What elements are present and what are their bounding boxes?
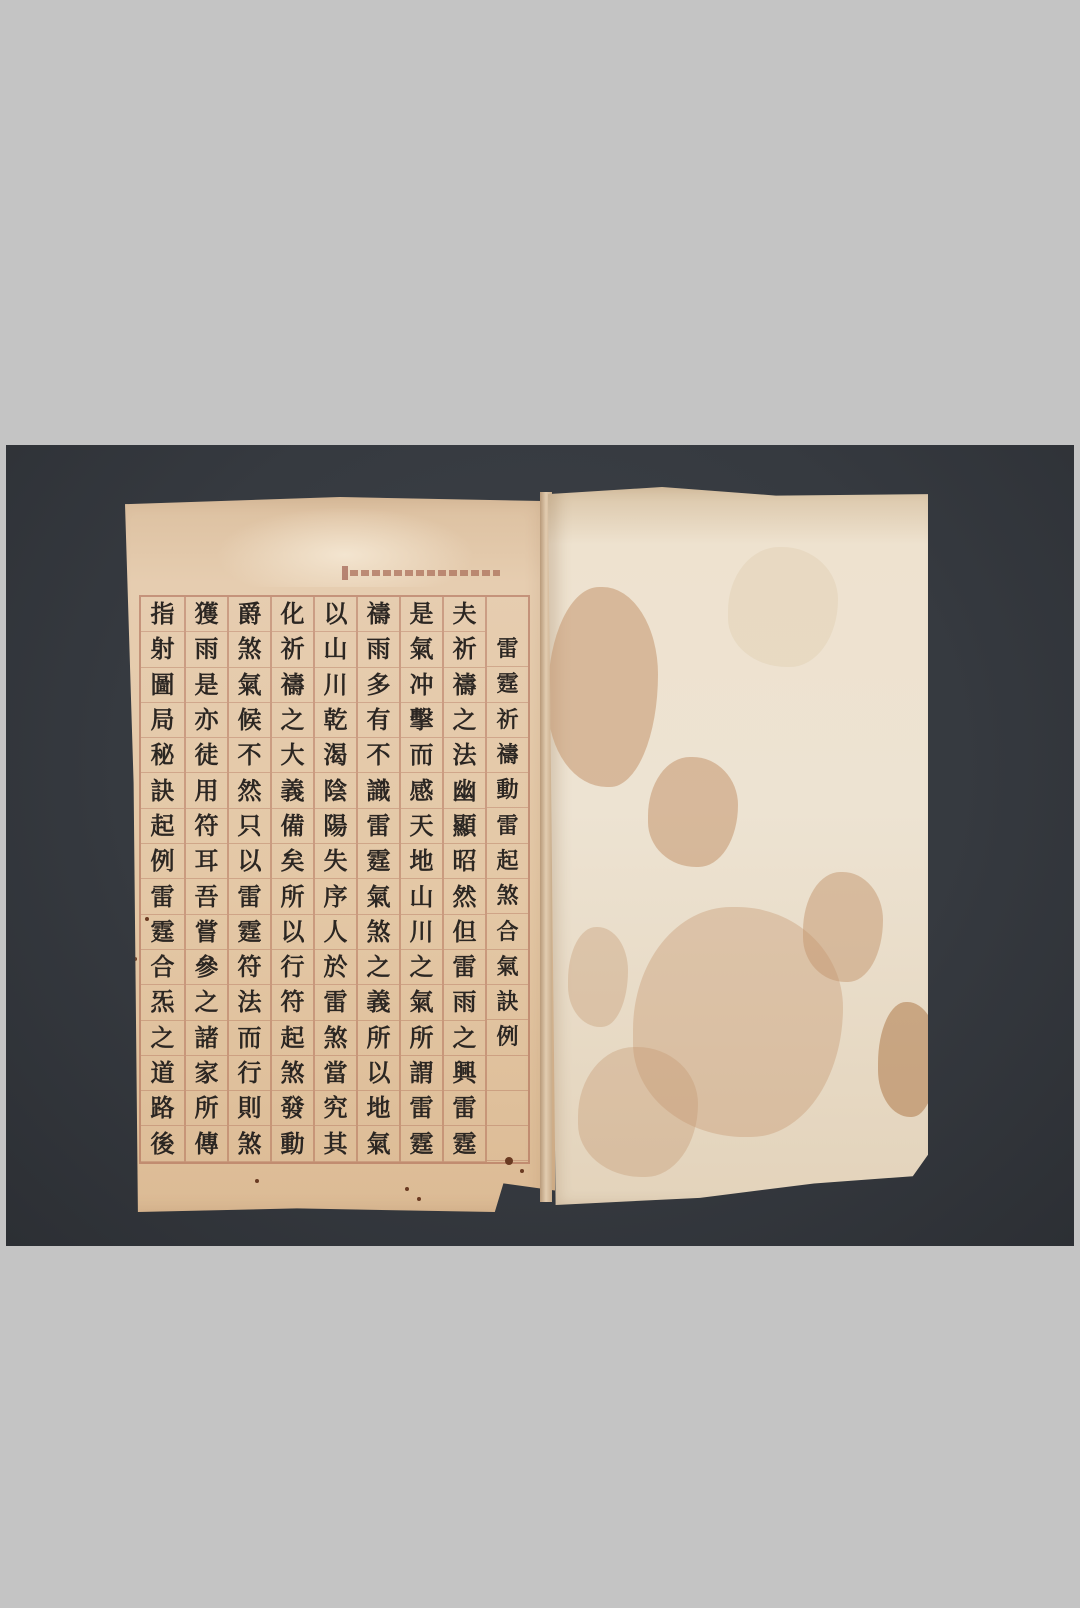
character-cell: 動 [487, 773, 528, 808]
character-cell: 雨 [186, 632, 227, 667]
character-cell: 興 [444, 1056, 485, 1091]
character-cell: 之 [444, 703, 485, 738]
character-cell: 禱 [358, 597, 399, 632]
character-cell: 夫 [444, 597, 485, 632]
water-stain [648, 757, 738, 867]
character-cell: 煞 [229, 1126, 270, 1161]
character-cell: 之 [444, 1021, 485, 1056]
character-cell: 渴 [315, 738, 356, 773]
text-grid: 雷霆祈禱動雷起煞合氣訣例夫祈禱之法幽顯昭然但雷雨之興雷霆是氣冲擊而感天地山川之氣… [139, 595, 530, 1164]
character-cell: 合 [487, 914, 528, 949]
character-cell: 義 [272, 773, 313, 808]
character-cell: 嘗 [186, 915, 227, 950]
character-cell: 乾 [315, 703, 356, 738]
character-cell: 矣 [272, 844, 313, 879]
character-cell: 失 [315, 844, 356, 879]
character-cell: 法 [444, 738, 485, 773]
character-cell: 不 [358, 738, 399, 773]
character-cell: 用 [186, 773, 227, 808]
text-column: 夫祈禱之法幽顯昭然但雷雨之興雷霆 [442, 597, 485, 1162]
character-cell: 禱 [272, 668, 313, 703]
character-cell: 不 [229, 738, 270, 773]
character-cell: 符 [229, 950, 270, 985]
character-cell: 其 [315, 1126, 356, 1161]
character-cell: 路 [141, 1091, 184, 1126]
manuscript-right-page [548, 487, 928, 1205]
character-cell: 起 [487, 844, 528, 879]
text-column: 以山川乾渴陰陽失序人於雷煞當究其 [313, 597, 356, 1162]
character-cell: 地 [358, 1091, 399, 1126]
character-cell: 感 [401, 773, 442, 808]
character-cell: 雷 [358, 809, 399, 844]
water-stain [728, 547, 838, 667]
character-cell: 序 [315, 879, 356, 914]
character-cell: 川 [315, 668, 356, 703]
character-cell: 雨 [444, 985, 485, 1020]
character-cell: 家 [186, 1056, 227, 1091]
character-cell: 雷 [444, 1091, 485, 1126]
character-cell: 氣 [487, 950, 528, 985]
character-cell: 雷 [401, 1091, 442, 1126]
character-cell: 霆 [229, 915, 270, 950]
text-column: 是氣冲擊而感天地山川之氣所謂雷霆 [399, 597, 442, 1162]
character-cell: 之 [358, 950, 399, 985]
character-cell: 耳 [186, 844, 227, 879]
character-cell: 而 [401, 738, 442, 773]
character-cell: 祈 [444, 632, 485, 667]
character-cell: 徒 [186, 738, 227, 773]
character-cell: 符 [186, 809, 227, 844]
character-cell: 訣 [141, 773, 184, 808]
character-cell: 有 [358, 703, 399, 738]
character-cell: 然 [229, 773, 270, 808]
character-cell: 山 [401, 879, 442, 914]
character-cell: 煞 [229, 632, 270, 667]
character-cell: 雷 [315, 985, 356, 1020]
character-cell: 吾 [186, 879, 227, 914]
character-cell: 所 [272, 879, 313, 914]
character-cell: 霆 [358, 844, 399, 879]
character-cell: 雨 [358, 632, 399, 667]
character-cell: 是 [401, 597, 442, 632]
character-cell: 禱 [487, 738, 528, 773]
character-cell: 冲 [401, 668, 442, 703]
character-cell: 但 [444, 915, 485, 950]
character-cell: 雷 [487, 808, 528, 843]
character-cell: 只 [229, 809, 270, 844]
character-cell: 於 [315, 950, 356, 985]
character-cell: 當 [315, 1056, 356, 1091]
character-cell: 亦 [186, 703, 227, 738]
character-cell: 雷 [141, 879, 184, 914]
character-cell: 合 [141, 950, 184, 985]
character-cell: 以 [272, 915, 313, 950]
character-cell: 山 [315, 632, 356, 667]
character-cell: 煞 [315, 1021, 356, 1056]
character-cell [487, 1091, 528, 1126]
character-cell: 以 [358, 1056, 399, 1091]
character-cell: 然 [444, 879, 485, 914]
character-cell: 之 [272, 703, 313, 738]
character-cell: 幽 [444, 773, 485, 808]
character-cell: 祈 [272, 632, 313, 667]
character-cell: 多 [358, 668, 399, 703]
character-cell: 氣 [358, 1126, 399, 1161]
character-cell: 雷 [487, 632, 528, 667]
character-cell: 雷 [444, 950, 485, 985]
character-cell: 擊 [401, 703, 442, 738]
character-cell: 霆 [401, 1126, 442, 1161]
character-cell: 謂 [401, 1056, 442, 1091]
character-cell: 參 [186, 950, 227, 985]
character-cell: 所 [186, 1091, 227, 1126]
character-cell: 所 [358, 1021, 399, 1056]
character-cell: 氣 [401, 632, 442, 667]
character-cell: 秘 [141, 738, 184, 773]
character-cell: 陰 [315, 773, 356, 808]
character-cell: 則 [229, 1091, 270, 1126]
character-cell: 氣 [358, 879, 399, 914]
character-cell: 究 [315, 1091, 356, 1126]
character-cell: 義 [358, 985, 399, 1020]
character-cell: 符 [272, 985, 313, 1020]
character-cell: 地 [401, 844, 442, 879]
character-cell: 大 [272, 738, 313, 773]
character-cell: 人 [315, 915, 356, 950]
character-cell: 昭 [444, 844, 485, 879]
character-cell: 圖 [141, 668, 184, 703]
header-red-mark [350, 570, 500, 576]
character-cell [487, 1056, 528, 1091]
title-column: 雷霆祈禱動雷起煞合氣訣例 [485, 597, 528, 1162]
character-cell: 傳 [186, 1126, 227, 1161]
character-cell: 諸 [186, 1021, 227, 1056]
character-cell: 天 [401, 809, 442, 844]
water-stain [568, 927, 628, 1027]
character-cell: 發 [272, 1091, 313, 1126]
character-cell: 氣 [401, 985, 442, 1020]
character-cell: 起 [141, 809, 184, 844]
character-cell: 陽 [315, 809, 356, 844]
character-cell: 例 [141, 844, 184, 879]
character-cell: 所 [401, 1021, 442, 1056]
character-cell: 之 [186, 985, 227, 1020]
manuscript-left-page: 雷霆祈禱動雷起煞合氣訣例夫祈禱之法幽顯昭然但雷雨之興雷霆是氣冲擊而感天地山川之氣… [125, 497, 555, 1212]
character-cell: 川 [401, 915, 442, 950]
character-cell: 行 [229, 1056, 270, 1091]
character-cell: 是 [186, 668, 227, 703]
water-stain [578, 1047, 698, 1177]
character-cell: 以 [315, 597, 356, 632]
character-cell: 備 [272, 809, 313, 844]
text-column: 爵煞氣候不然只以雷霆符法而行則煞 [227, 597, 270, 1162]
text-column: 化祈禱之大義備矣所以行符起煞發動 [270, 597, 313, 1162]
character-cell: 煞 [487, 879, 528, 914]
text-column: 指射圖局秘訣起例雷霆合炁之道路後 [141, 597, 184, 1162]
character-cell: 炁 [141, 985, 184, 1020]
character-cell: 之 [141, 1021, 184, 1056]
character-cell: 雷 [229, 879, 270, 914]
character-cell: 以 [229, 844, 270, 879]
character-cell: 訣 [487, 985, 528, 1020]
character-cell: 射 [141, 632, 184, 667]
character-cell: 候 [229, 703, 270, 738]
character-cell: 起 [272, 1021, 313, 1056]
character-cell: 化 [272, 597, 313, 632]
text-column: 獲雨是亦徒用符耳吾嘗參之諸家所傳 [184, 597, 227, 1162]
character-cell: 之 [401, 950, 442, 985]
character-cell: 動 [272, 1126, 313, 1161]
character-cell: 爵 [229, 597, 270, 632]
character-cell: 霆 [444, 1126, 485, 1161]
character-cell: 煞 [272, 1056, 313, 1091]
character-cell: 後 [141, 1126, 184, 1161]
character-cell: 行 [272, 950, 313, 985]
character-cell: 顯 [444, 809, 485, 844]
character-cell: 氣 [229, 668, 270, 703]
character-cell: 煞 [358, 915, 399, 950]
character-cell: 法 [229, 985, 270, 1020]
character-cell: 獲 [186, 597, 227, 632]
character-cell: 識 [358, 773, 399, 808]
character-cell: 道 [141, 1056, 184, 1091]
text-column: 禱雨多有不識雷霆氣煞之義所以地氣 [356, 597, 399, 1162]
character-cell: 霆 [487, 667, 528, 702]
character-cell: 祈 [487, 703, 528, 738]
character-cell: 指 [141, 597, 184, 632]
character-cell: 局 [141, 703, 184, 738]
character-cell: 而 [229, 1021, 270, 1056]
water-stain [548, 587, 658, 787]
character-cell: 禱 [444, 668, 485, 703]
character-cell: 例 [487, 1020, 528, 1055]
